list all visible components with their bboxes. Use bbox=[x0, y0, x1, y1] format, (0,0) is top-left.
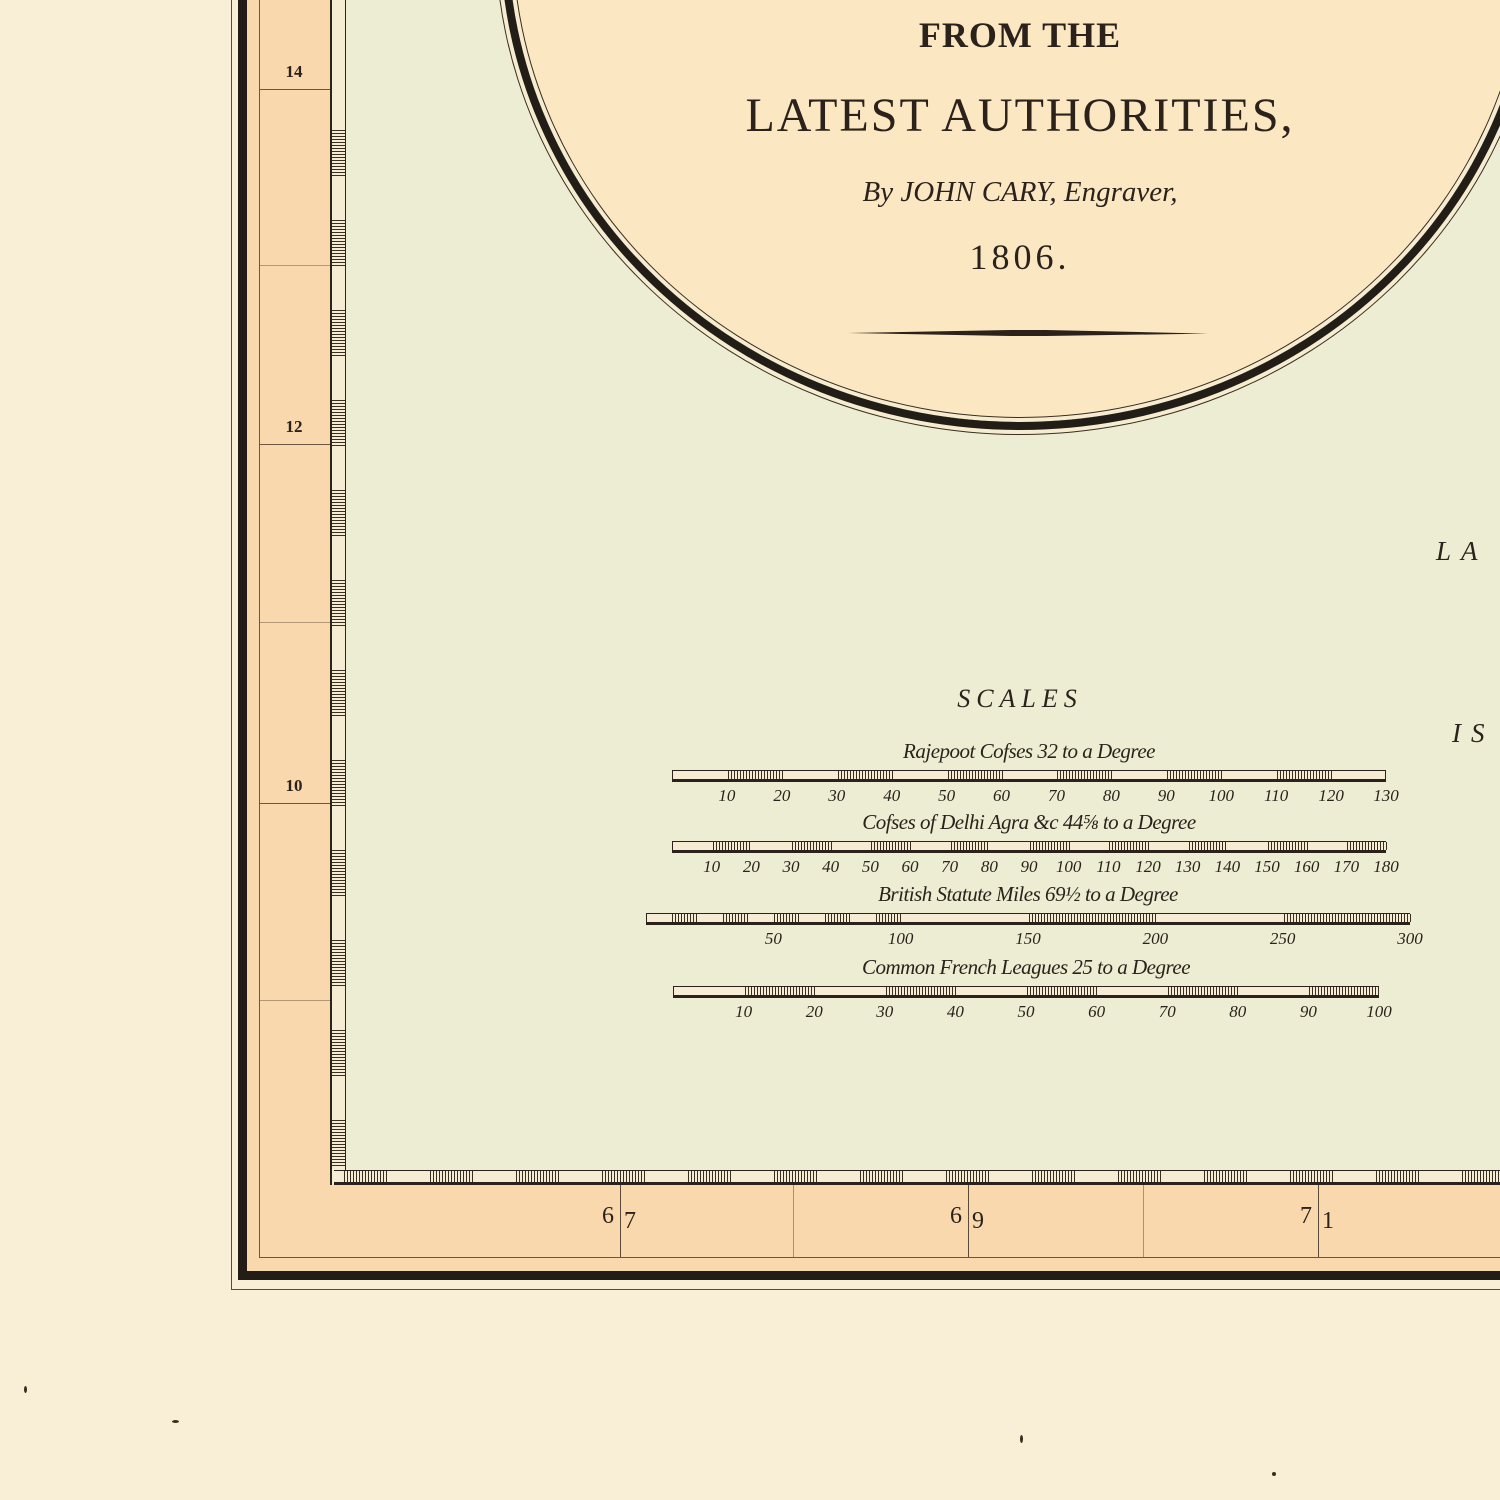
scale-tick-label: 80 bbox=[1229, 1002, 1246, 1022]
scale-tick-label: 300 bbox=[1397, 929, 1423, 949]
latitude-hatch-block bbox=[332, 850, 345, 896]
scale-tick-label: 20 bbox=[743, 857, 760, 877]
longitude-hatch-block bbox=[344, 1171, 388, 1182]
scale-hatch-segment bbox=[1027, 987, 1098, 995]
scale-hatch-segment bbox=[1168, 987, 1239, 995]
latitude-hatch-block bbox=[332, 580, 345, 626]
cartouche-line-latest-authorities: LATEST AUTHORITIES, bbox=[520, 88, 1500, 143]
longitude-hatch-block bbox=[774, 1171, 818, 1182]
longitude-hatch-block bbox=[516, 1171, 560, 1182]
scale-tick-label: 70 bbox=[941, 857, 958, 877]
scale-tick-label: 50 bbox=[1018, 1002, 1035, 1022]
latitude-label: 10 bbox=[272, 776, 316, 796]
latitude-hatch-block bbox=[332, 1120, 345, 1166]
scale-tick-label: 100 bbox=[1208, 786, 1234, 806]
scale-tick-label: 70 bbox=[1048, 786, 1065, 806]
scale-caption: Rajepoot Cofses 32 to a Degree bbox=[672, 739, 1386, 764]
scale-hatch-segment bbox=[1189, 842, 1229, 850]
scale-tick-label: 30 bbox=[876, 1002, 893, 1022]
scale-hatch-segment bbox=[871, 842, 911, 850]
scale-tick-label: 140 bbox=[1215, 857, 1241, 877]
latitude-degree-strip bbox=[330, 0, 346, 1185]
longitude-label-left-digit: 6 bbox=[602, 1203, 614, 1230]
scale-tick-label: 120 bbox=[1318, 786, 1344, 806]
scale-hatch-segment bbox=[876, 914, 901, 922]
scale-hatch-segment bbox=[672, 914, 697, 922]
longitude-hatch-block bbox=[1290, 1171, 1334, 1182]
region-label-la: LA bbox=[1436, 536, 1488, 567]
longitude-hatch-block bbox=[688, 1171, 732, 1182]
scale-hatch-segment bbox=[1309, 987, 1380, 995]
longitude-hatch-block bbox=[1462, 1171, 1500, 1182]
paper-speck bbox=[1272, 1472, 1276, 1476]
longitude-label-right-digit: 9 bbox=[972, 1208, 984, 1235]
longitude-label-left-digit: 6 bbox=[950, 1203, 962, 1230]
scale-hatch-segment bbox=[1167, 771, 1222, 779]
scale-tick-label: 40 bbox=[822, 857, 839, 877]
scale-hatch-segment bbox=[1109, 842, 1149, 850]
latitude-hatch-block bbox=[332, 310, 345, 356]
latitude-minor-tick bbox=[260, 1000, 330, 1001]
cartouche-engraver-credit: By JOHN CARY, Engraver, bbox=[520, 176, 1500, 209]
scales-title: SCALES bbox=[880, 684, 1160, 714]
scale-hatch-segment bbox=[948, 771, 1003, 779]
longitude-hatch-block bbox=[1376, 1171, 1420, 1182]
scale-hatch-segment bbox=[1268, 842, 1308, 850]
latitude-hatch-block bbox=[332, 130, 345, 176]
longitude-tick bbox=[1318, 1185, 1319, 1257]
latitude-label: 14 bbox=[272, 62, 316, 82]
scale-hatch-segment bbox=[825, 914, 850, 922]
scale-tick-label: 110 bbox=[1096, 857, 1120, 877]
scale-tick-label: 10 bbox=[703, 857, 720, 877]
paper-speck bbox=[172, 1420, 179, 1423]
scale-tick-label: 170 bbox=[1334, 857, 1360, 877]
scale-tick-label: 110 bbox=[1264, 786, 1288, 806]
scale-bar bbox=[672, 770, 1386, 782]
scale-hatch-segment bbox=[1030, 842, 1070, 850]
longitude-label-left-digit: 7 bbox=[1300, 1203, 1312, 1230]
scale-bar bbox=[673, 986, 1379, 998]
scale-tick-label: 130 bbox=[1373, 786, 1399, 806]
latitude-hatch-block bbox=[332, 400, 345, 446]
scale-tick-label: 90 bbox=[1021, 857, 1038, 877]
longitude-hatch-block bbox=[1118, 1171, 1162, 1182]
scale-tick-label: 30 bbox=[783, 857, 800, 877]
latitude-hatch-block bbox=[332, 940, 345, 986]
longitude-hatch-block bbox=[1032, 1171, 1076, 1182]
longitude-hatch-block bbox=[1204, 1171, 1248, 1182]
longitude-hatch-block bbox=[602, 1171, 646, 1182]
longitude-hatch-block bbox=[860, 1171, 904, 1182]
latitude-hatch-block bbox=[332, 670, 345, 716]
scale-caption: Common French Leagues 25 to a Degree bbox=[673, 955, 1379, 980]
scale-tick-label: 50 bbox=[765, 929, 782, 949]
scale-bar bbox=[646, 913, 1410, 925]
scale-tick-label: 40 bbox=[947, 1002, 964, 1022]
scale-hatch-segment bbox=[728, 771, 783, 779]
scale-hatch-segment bbox=[951, 842, 991, 850]
scale-hatch-segment bbox=[1277, 771, 1332, 779]
scale-hatch-segment bbox=[1347, 842, 1387, 850]
latitude-tick bbox=[260, 89, 330, 90]
latitude-hatch-block bbox=[332, 1030, 345, 1076]
scale-tick-label: 130 bbox=[1175, 857, 1201, 877]
scale-hatch-segment bbox=[1029, 914, 1156, 922]
scale-hatch-segment bbox=[723, 914, 748, 922]
cartouche-line-from-the: FROM THE bbox=[520, 14, 1500, 56]
scale-tick-label: 70 bbox=[1159, 1002, 1176, 1022]
scale-hatch-segment bbox=[713, 842, 753, 850]
scale-tick-label: 50 bbox=[938, 786, 955, 806]
longitude-minor-tick bbox=[793, 1185, 794, 1257]
scale-tick-label: 50 bbox=[862, 857, 879, 877]
scale-hatch-segment bbox=[886, 987, 957, 995]
scale-caption: British Statute Miles 69½ to a Degree bbox=[646, 882, 1410, 907]
scale-caption: Cofses of Delhi Agra &c 44⅝ to a Degree bbox=[672, 810, 1386, 835]
scale-tick-label: 100 bbox=[888, 929, 914, 949]
scale-tick-label: 20 bbox=[773, 786, 790, 806]
scale-tick-label: 90 bbox=[1300, 1002, 1317, 1022]
scale-hatch-segment bbox=[1057, 771, 1112, 779]
scale-hatch-segment bbox=[774, 914, 799, 922]
scale-tick-label: 100 bbox=[1366, 1002, 1392, 1022]
scale-tick-label: 250 bbox=[1270, 929, 1296, 949]
scale-tick-label: 10 bbox=[735, 1002, 752, 1022]
scale-tick-label: 90 bbox=[1158, 786, 1175, 806]
scale-tick-label: 60 bbox=[1088, 1002, 1105, 1022]
longitude-label-right-digit: 1 bbox=[1322, 1208, 1334, 1235]
longitude-tick bbox=[968, 1185, 969, 1257]
scale-tick-label: 180 bbox=[1373, 857, 1399, 877]
longitude-hatch-block bbox=[430, 1171, 474, 1182]
scale-tick-label: 40 bbox=[883, 786, 900, 806]
scale-tick-label: 200 bbox=[1143, 929, 1169, 949]
longitude-label-right-digit: 7 bbox=[624, 1208, 636, 1235]
scale-tick-label: 30 bbox=[828, 786, 845, 806]
scale-tick-label: 150 bbox=[1254, 857, 1280, 877]
region-label-is: IS bbox=[1452, 718, 1495, 749]
paper-speck bbox=[24, 1386, 27, 1393]
scale-tick-label: 100 bbox=[1056, 857, 1082, 877]
scale-tick-label: 160 bbox=[1294, 857, 1320, 877]
latitude-minor-tick bbox=[260, 622, 330, 623]
scale-tick-label: 10 bbox=[718, 786, 735, 806]
latitude-tick bbox=[260, 803, 330, 804]
latitude-tick bbox=[260, 444, 330, 445]
scale-hatch-segment bbox=[1284, 914, 1411, 922]
scale-bar bbox=[672, 841, 1386, 853]
scale-tick-label: 60 bbox=[902, 857, 919, 877]
latitude-hatch-block bbox=[332, 220, 345, 266]
latitude-hatch-block bbox=[332, 490, 345, 536]
longitude-tick bbox=[620, 1185, 621, 1257]
cartouche-year: 1806. bbox=[520, 236, 1500, 278]
scale-tick-label: 20 bbox=[806, 1002, 823, 1022]
scale-hatch-segment bbox=[745, 987, 816, 995]
longitude-hatch-block bbox=[946, 1171, 990, 1182]
longitude-degree-strip bbox=[334, 1170, 1500, 1185]
paper-speck bbox=[1020, 1435, 1023, 1443]
scale-tick-label: 150 bbox=[1015, 929, 1041, 949]
latitude-label: 12 bbox=[272, 417, 316, 437]
scale-tick-label: 80 bbox=[1103, 786, 1120, 806]
scale-tick-label: 80 bbox=[981, 857, 998, 877]
latitude-minor-tick bbox=[260, 265, 330, 266]
scale-tick-label: 60 bbox=[993, 786, 1010, 806]
latitude-hatch-block bbox=[332, 760, 345, 806]
scale-tick-label: 120 bbox=[1135, 857, 1161, 877]
scale-hatch-segment bbox=[792, 842, 832, 850]
scale-hatch-segment bbox=[838, 771, 893, 779]
longitude-minor-tick bbox=[1143, 1185, 1144, 1257]
